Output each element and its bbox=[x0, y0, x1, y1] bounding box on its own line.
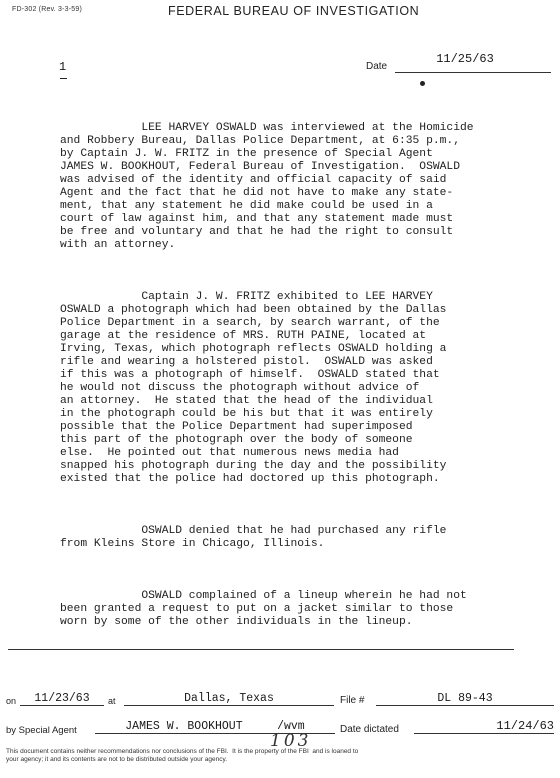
date-underline bbox=[395, 72, 551, 73]
disclaimer: This document contains neither recommend… bbox=[6, 748, 556, 764]
paragraph-lineup: OSWALD complained of a lineup wherein he… bbox=[60, 590, 560, 629]
on-label: on bbox=[6, 696, 16, 706]
date-value: 11/25/63 bbox=[395, 52, 535, 66]
file-label: File # bbox=[340, 695, 364, 706]
at-label: at bbox=[108, 696, 116, 706]
footer-divider bbox=[8, 649, 514, 650]
location-field: Dallas, Texas bbox=[124, 692, 334, 706]
form-id: FD-302 (Rev. 3-3-59) bbox=[12, 6, 82, 13]
on-date-field: 11/23/63 bbox=[20, 692, 104, 706]
paragraph-rifle: OSWALD denied that he had purchased any … bbox=[60, 525, 560, 551]
agent-label: by Special Agent bbox=[6, 725, 77, 736]
page-number: 1 bbox=[59, 60, 66, 74]
paragraph-photograph: Captain J. W. FRITZ exhibited to LEE HAR… bbox=[60, 291, 560, 486]
paragraph-interview: LEE HARVEY OSWALD was interviewed at the… bbox=[60, 122, 560, 252]
file-number-field: DL 89-43 bbox=[376, 692, 554, 706]
agency-title: FEDERAL BUREAU OF INVESTIGATION bbox=[168, 4, 419, 18]
date-dictated-field: 11/24/63 bbox=[414, 720, 554, 734]
date-label: Date bbox=[366, 61, 387, 72]
punch-mark bbox=[420, 81, 425, 86]
document-body: LEE HARVEY OSWALD was interviewed at the… bbox=[60, 96, 560, 655]
page-number-underline bbox=[60, 78, 67, 79]
date-dictated-label: Date dictated bbox=[340, 724, 399, 735]
